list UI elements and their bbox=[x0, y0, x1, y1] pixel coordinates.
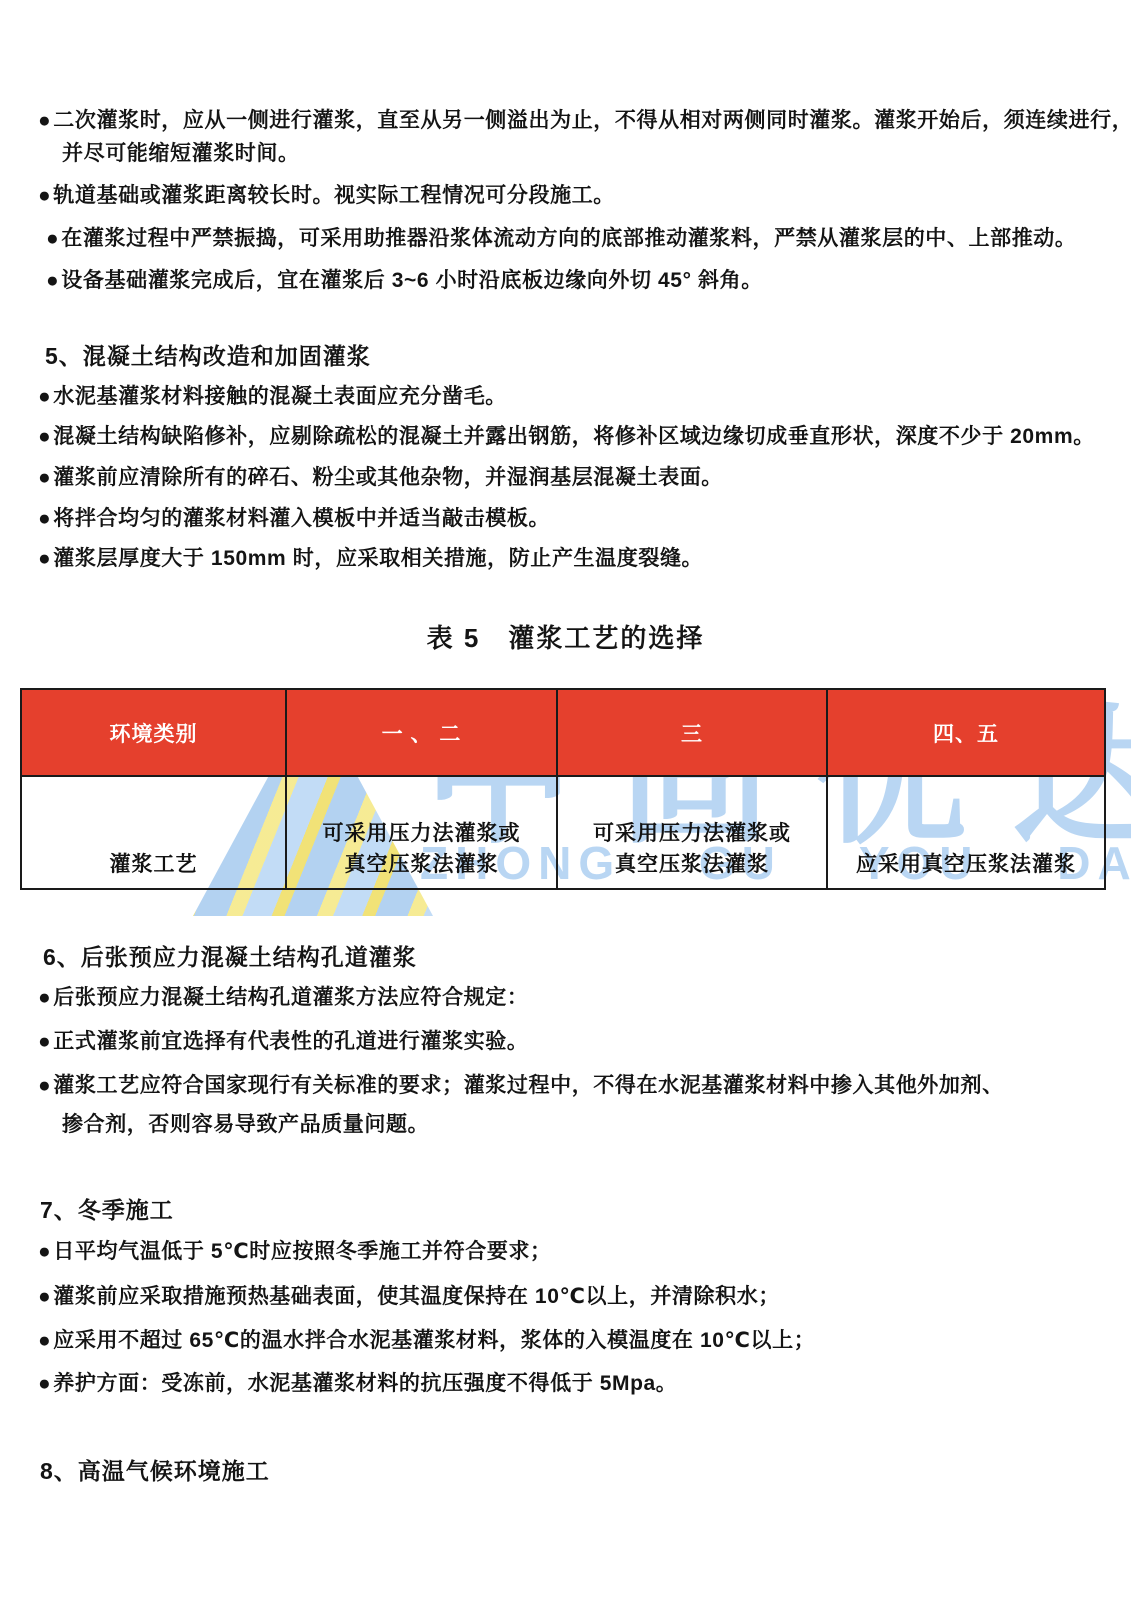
bullet-text: 灌浆前应清除所有的碎石、粉尘或其他杂物，并湿润基层混凝土表面。 bbox=[53, 466, 723, 489]
bullet-text: 混凝土结构缺陷修补，应剔除疏松的混凝土并露出钢筋，将修补区域边缘切成垂直形状，深… bbox=[53, 425, 1095, 448]
table-header-row: 环境类别 一 、 二 三 四、五 bbox=[21, 689, 1105, 776]
bullet-text: 二次灌浆时，应从一侧进行灌浆，直至从另一侧溢出为止，不得从相对两侧同时灌浆。灌浆… bbox=[53, 109, 1131, 132]
bullet-marker: ● bbox=[38, 1285, 51, 1308]
bullet-marker: ● bbox=[38, 1030, 51, 1053]
table-body-row: 灌浆工艺 可采用压力法灌浆或 真空压浆法灌浆 可采用压力法灌浆或 真空压浆法灌浆… bbox=[21, 776, 1105, 889]
bullet-line: ●灌浆工艺应符合国家现行有关标准的要求；灌浆过程中，不得在水泥基灌浆材料中掺入其… bbox=[38, 1073, 1004, 1099]
document-page: 中固优达 ZHONG GU YOU DA ●二次灌浆时，应从一侧进行灌浆，直至从… bbox=[0, 0, 1131, 1600]
bullet-line: ●在灌浆过程中严禁振捣，可采用助推器沿浆体流动方向的底部推动灌浆料，严禁从灌浆层… bbox=[46, 226, 1077, 252]
bullet-continuation-line: 掺合剂，否则容易导致产品质量问题。 bbox=[62, 1112, 429, 1138]
bullet-marker: ● bbox=[46, 227, 59, 250]
bullet-marker: ● bbox=[38, 1329, 51, 1352]
bullet-text: 正式灌浆前宜选择有代表性的孔道进行灌浆实验。 bbox=[53, 1030, 528, 1053]
bullet-line: ●将拌合均匀的灌浆材料灌入模板中并适当敲击模板。 bbox=[38, 506, 550, 532]
bullet-text: 日平均气温低于 5℃时应按照冬季施工并符合要求； bbox=[53, 1240, 551, 1263]
bullet-marker: ● bbox=[38, 385, 51, 408]
bullet-text: 应采用不超过 65℃的温水拌合水泥基灌浆材料，浆体的入模温度在 10℃以上； bbox=[53, 1329, 815, 1352]
table-header-cell: 环境类别 bbox=[21, 689, 286, 776]
table-5: 环境类别 一 、 二 三 四、五 灌浆工艺 可采用压力法灌浆或 真空压浆法灌浆 … bbox=[20, 688, 1104, 890]
bullet-marker: ● bbox=[38, 184, 51, 207]
table-cell-line: 可采用压力法灌浆或 bbox=[559, 818, 825, 849]
table-header-cell: 三 bbox=[557, 689, 827, 776]
section-heading-5: 5、混凝土结构改造和加固灌浆 bbox=[45, 342, 371, 370]
bullet-text: 轨道基础或灌浆距离较长时。视实际工程情况可分段施工。 bbox=[53, 184, 615, 207]
bullet-line: ●轨道基础或灌浆距离较长时。视实际工程情况可分段施工。 bbox=[38, 183, 615, 209]
section-heading-7: 7、冬季施工 bbox=[40, 1196, 174, 1224]
bullet-marker: ● bbox=[38, 1372, 51, 1395]
table-cell: 应采用真空压浆法灌浆 bbox=[827, 776, 1105, 889]
table-cell: 可采用压力法灌浆或 真空压浆法灌浆 bbox=[286, 776, 557, 889]
bullet-text: 养护方面：受冻前，水泥基灌浆材料的抗压强度不得低于 5Mpa。 bbox=[53, 1372, 677, 1395]
bullet-line: ●灌浆前应采取措施预热基础表面，使其温度保持在 10℃以上，并清除积水； bbox=[38, 1284, 780, 1310]
table-cell-line: 可采用压力法灌浆或 bbox=[288, 818, 555, 849]
table-header-cell: 四、五 bbox=[827, 689, 1105, 776]
bullet-marker: ● bbox=[38, 109, 51, 132]
bullet-line: ●应采用不超过 65℃的温水拌合水泥基灌浆材料，浆体的入模温度在 10℃以上； bbox=[38, 1328, 815, 1354]
bullet-marker: ● bbox=[38, 466, 51, 489]
bullet-marker: ● bbox=[38, 507, 51, 530]
bullet-line: ●养护方面：受冻前，水泥基灌浆材料的抗压强度不得低于 5Mpa。 bbox=[38, 1371, 677, 1397]
bullet-line: ●日平均气温低于 5℃时应按照冬季施工并符合要求； bbox=[38, 1239, 552, 1265]
bullet-marker: ● bbox=[38, 1240, 51, 1263]
bullet-marker: ● bbox=[38, 1074, 51, 1097]
bullet-text: 并尽可能缩短灌浆时间。 bbox=[62, 142, 300, 165]
bullet-text: 灌浆层厚度大于 150mm 时，应采取相关措施，防止产生温度裂缝。 bbox=[53, 547, 703, 570]
table-cell-line: 真空压浆法灌浆 bbox=[559, 849, 825, 880]
bullet-line: ●设备基础灌浆完成后，宜在灌浆后 3~6 小时沿底板边缘向外切 45° 斜角。 bbox=[46, 268, 763, 294]
bullet-continuation-line: 并尽可能缩短灌浆时间。 bbox=[62, 141, 300, 167]
bullet-line: ●正式灌浆前宜选择有代表性的孔道进行灌浆实验。 bbox=[38, 1029, 529, 1055]
bullet-marker: ● bbox=[38, 547, 51, 570]
table-cell: 可采用压力法灌浆或 真空压浆法灌浆 bbox=[557, 776, 827, 889]
bullet-text: 将拌合均匀的灌浆材料灌入模板中并适当敲击模板。 bbox=[53, 507, 550, 530]
section-heading-8: 8、高温气候环境施工 bbox=[40, 1457, 270, 1485]
bullet-text: 水泥基灌浆材料接触的混凝土表面应充分凿毛。 bbox=[53, 385, 507, 408]
bullet-text: 后张预应力混凝土结构孔道灌浆方法应符合规定： bbox=[53, 986, 528, 1009]
bullet-line: ●后张预应力混凝土结构孔道灌浆方法应符合规定： bbox=[38, 985, 529, 1011]
bullet-line: ●水泥基灌浆材料接触的混凝土表面应充分凿毛。 bbox=[38, 384, 507, 410]
bullet-line: ●灌浆前应清除所有的碎石、粉尘或其他杂物，并湿润基层混凝土表面。 bbox=[38, 465, 723, 491]
bullet-text: 设备基础灌浆完成后，宜在灌浆后 3~6 小时沿底板边缘向外切 45° 斜角。 bbox=[61, 269, 763, 292]
bullet-marker: ● bbox=[38, 425, 51, 448]
bullet-line: ●灌浆层厚度大于 150mm 时，应采取相关措施，防止产生温度裂缝。 bbox=[38, 546, 703, 572]
table-title: 表 5 灌浆工艺的选择 bbox=[0, 618, 1131, 655]
bullet-marker: ● bbox=[38, 986, 51, 1009]
bullet-marker: ● bbox=[46, 269, 59, 292]
bullet-text: 灌浆工艺应符合国家现行有关标准的要求；灌浆过程中，不得在水泥基灌浆材料中掺入其他… bbox=[53, 1074, 1003, 1097]
table-cell-line: 真空压浆法灌浆 bbox=[288, 849, 555, 880]
table-cell-line: 应采用真空压浆法灌浆 bbox=[829, 849, 1103, 880]
bullet-text: 掺合剂，否则容易导致产品质量问题。 bbox=[62, 1113, 429, 1136]
table-row-label: 灌浆工艺 bbox=[21, 776, 286, 889]
bullet-text: 灌浆前应采取措施预热基础表面，使其温度保持在 10℃以上，并清除积水； bbox=[53, 1285, 780, 1308]
bullet-line: ●二次灌浆时，应从一侧进行灌浆，直至从另一侧溢出为止，不得从相对两侧同时灌浆。灌… bbox=[38, 108, 1131, 134]
section-heading-6: 6、后张预应力混凝土结构孔道灌浆 bbox=[43, 943, 417, 971]
table-header-cell: 一 、 二 bbox=[286, 689, 557, 776]
bullet-line: ●混凝土结构缺陷修补，应剔除疏松的混凝土并露出钢筋，将修补区域边缘切成垂直形状，… bbox=[38, 424, 1095, 450]
bullet-text: 在灌浆过程中严禁振捣，可采用助推器沿浆体流动方向的底部推动灌浆料，严禁从灌浆层的… bbox=[61, 227, 1076, 250]
